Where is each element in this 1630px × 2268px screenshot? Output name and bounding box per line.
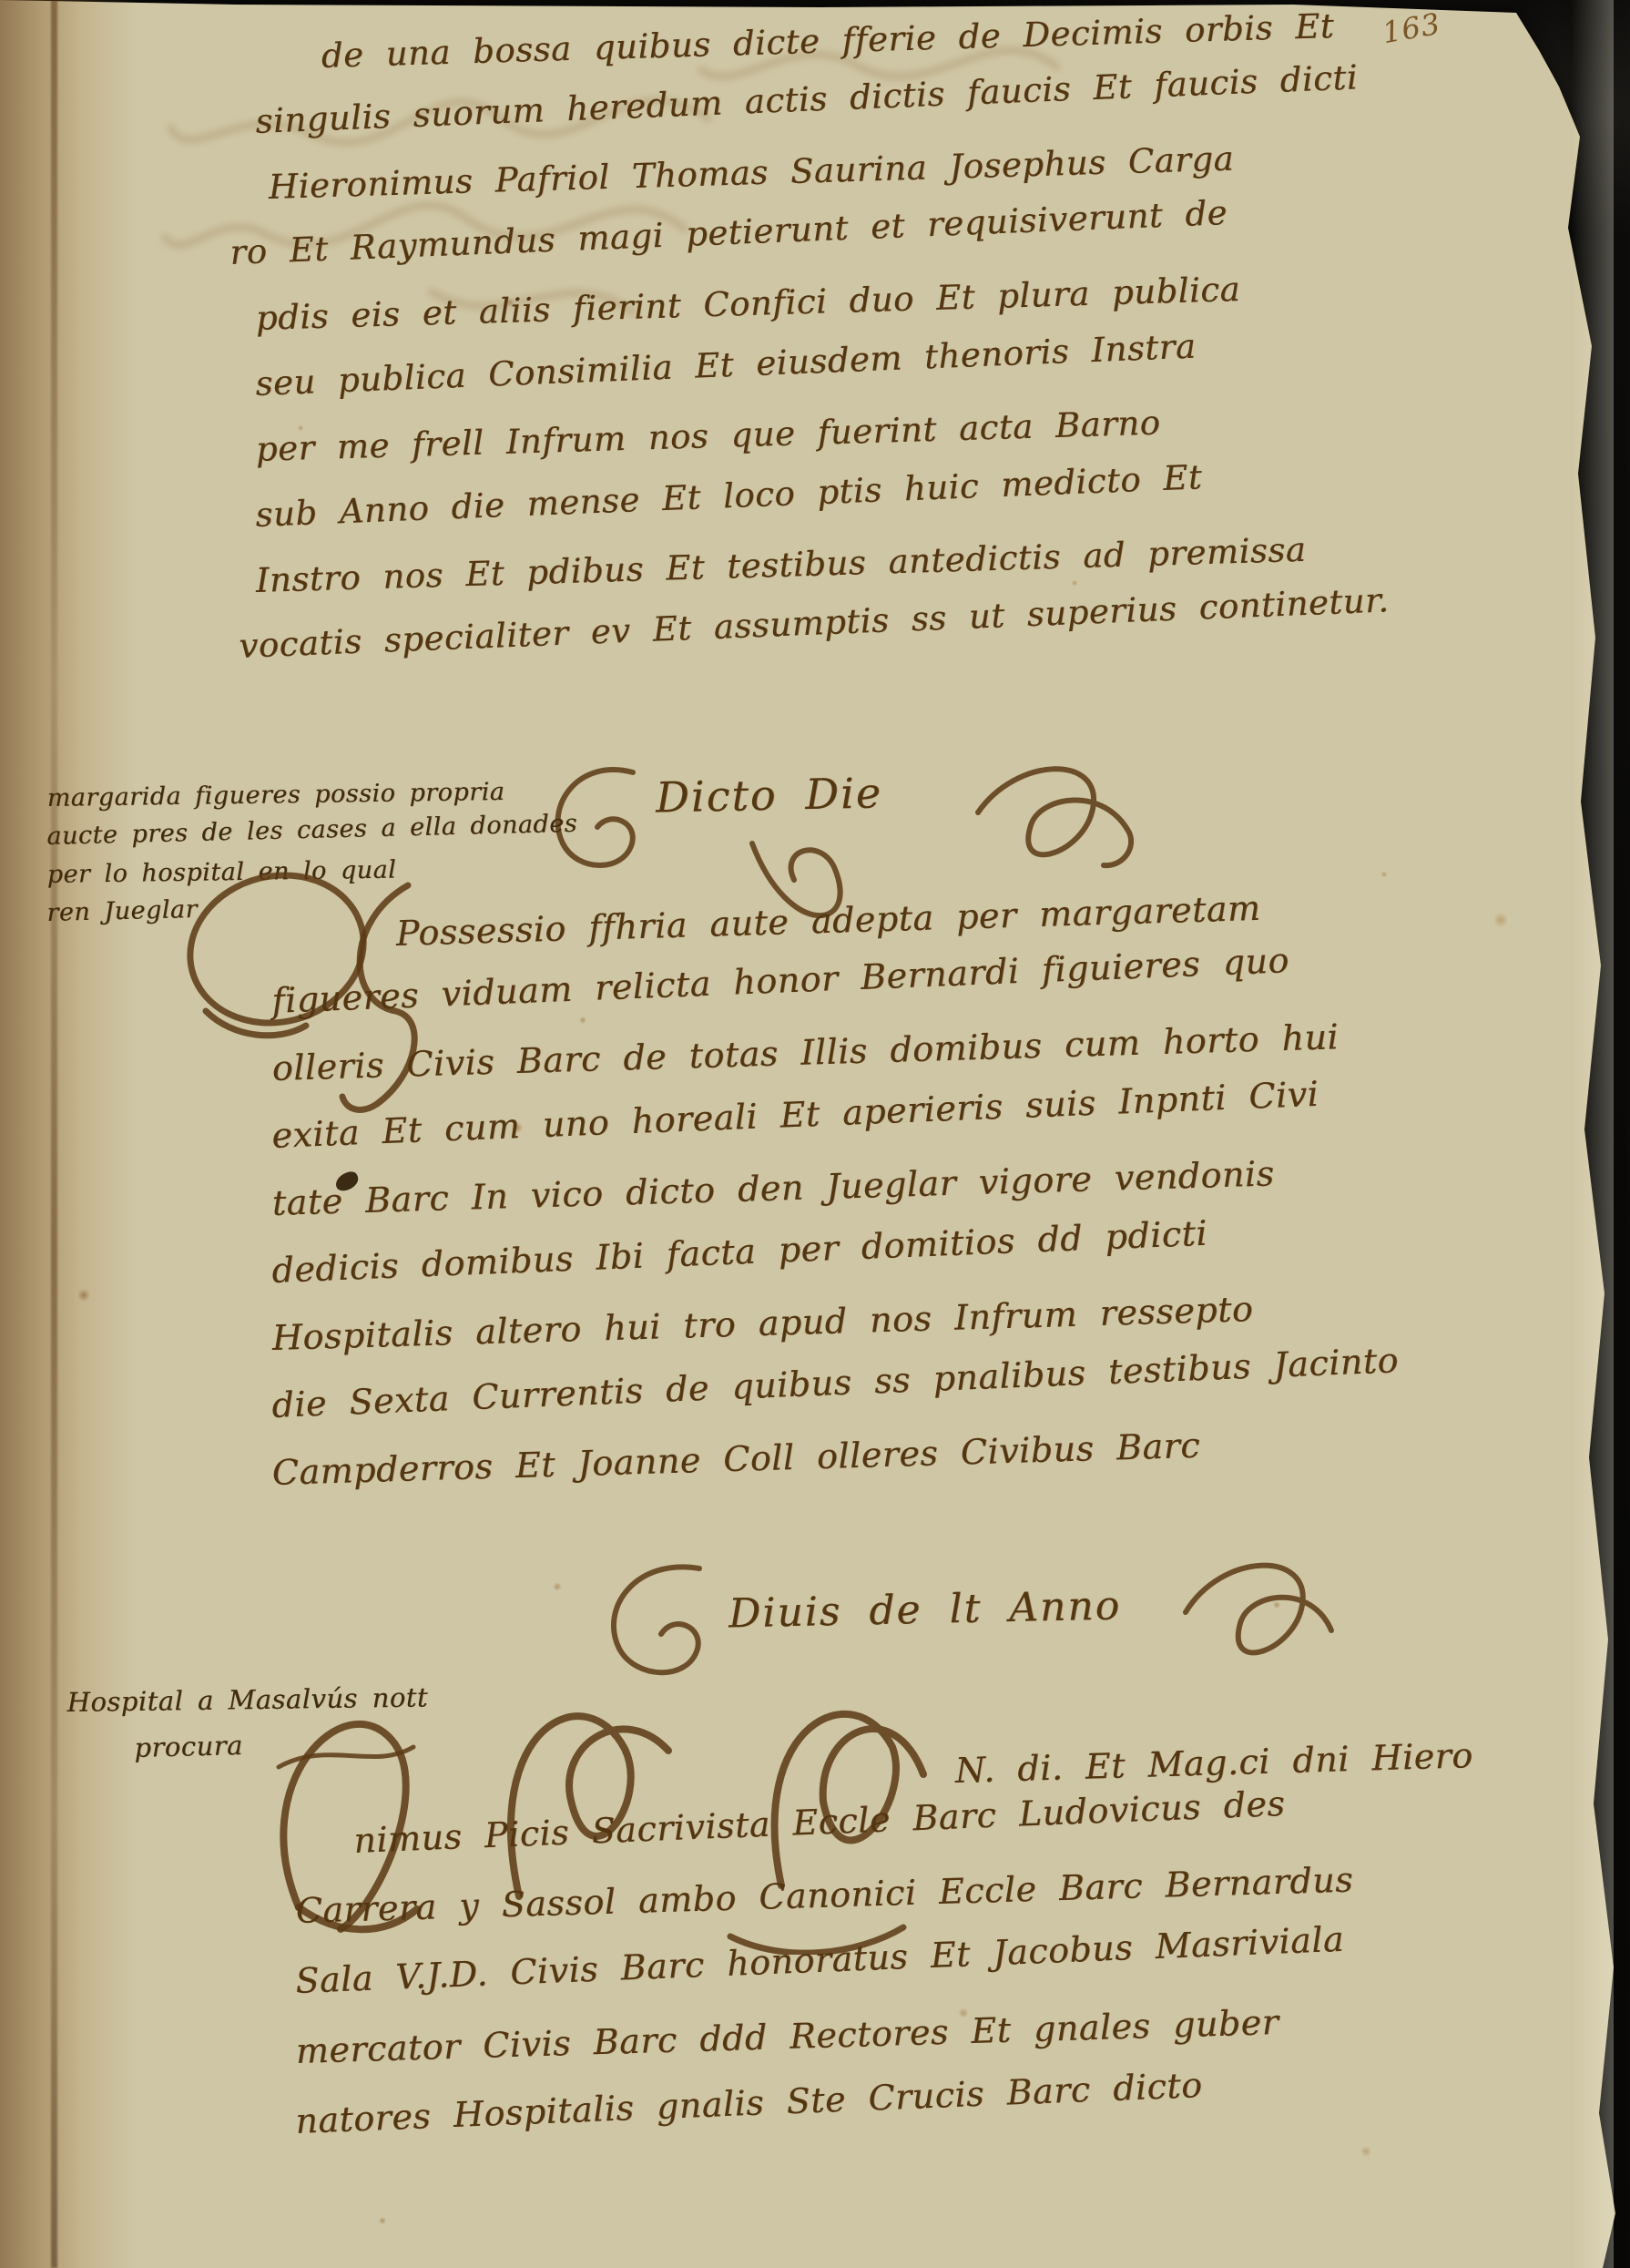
section-heading-dicto-die: Dicto Die (655, 768, 882, 822)
possessio-paragraph: Possessio ffhria aute adepta per margare… (273, 900, 1401, 1507)
page-sheet-wrap: 163 de una bossa quibus dicte fferie de … (0, 0, 1630, 2268)
section-heading-diuis: Diuis de lt Anno (728, 1582, 1122, 1637)
rectores-paragraph: N. di. Et Mag.ci dni Hieronimus Picis Sa… (297, 1736, 1474, 2157)
manuscript-line: aucte pres de les cases a ella donades (46, 809, 412, 856)
opening-paragraph: de una bossa quibus dicte fferie de Deci… (257, 24, 1391, 679)
manuscript-photo: { "page": { "folio_number": "163", "desc… (0, 0, 1630, 2268)
manuscript-line: Hospital a Masalvús nott (66, 1674, 428, 1725)
